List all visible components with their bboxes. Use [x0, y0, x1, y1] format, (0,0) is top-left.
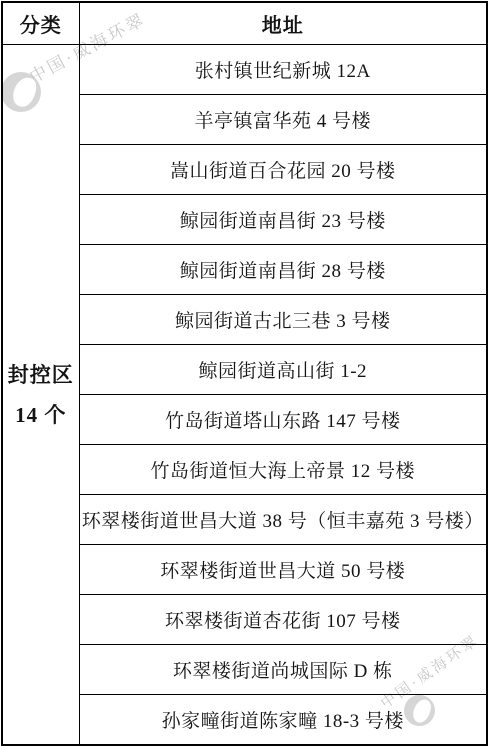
address-cell: 嵩山街道百合花园 20 号楼	[79, 145, 487, 195]
address-cell: 鲸园街道高山街 1-2	[79, 345, 487, 395]
address-cell: 竹岛街道塔山东路 147 号楼	[79, 395, 487, 445]
category-label: 封控区	[3, 355, 79, 395]
address-cell: 鲸园街道古北三巷 3 号楼	[79, 295, 487, 345]
address-cell: 竹岛街道恒大海上帝景 12 号楼	[79, 445, 487, 495]
table-row: 封控区 14 个 张村镇世纪新城 12A	[2, 45, 487, 95]
address-cell: 鲸园街道南昌街 23 号楼	[79, 195, 487, 245]
category-cell: 封控区 14 个	[2, 45, 79, 746]
header-address: 地址	[79, 2, 487, 45]
address-cell: 孙家疃街道陈家疃 18-3 号楼	[79, 695, 487, 746]
category-count: 14 个	[3, 395, 79, 435]
page: { "table": { "headers": ["分类", "地址"], "c…	[0, 0, 490, 746]
lockdown-address-table: 分类 地址 封控区 14 个 张村镇世纪新城 12A 羊亭镇富华苑 4 号楼 嵩…	[1, 1, 488, 746]
header-row: 分类 地址	[2, 2, 487, 45]
address-cell: 环翠楼街道杏花街 107 号楼	[79, 595, 487, 645]
address-cell: 鲸园街道南昌街 28 号楼	[79, 245, 487, 295]
header-category: 分类	[2, 2, 79, 45]
address-cell: 羊亭镇富华苑 4 号楼	[79, 95, 487, 145]
address-cell: 环翠楼街道尚城国际 D 栋	[79, 645, 487, 695]
address-cell: 张村镇世纪新城 12A	[79, 45, 487, 95]
address-cell: 环翠楼街道世昌大道 38 号（恒丰嘉苑 3 号楼）	[79, 495, 487, 545]
address-cell: 环翠楼街道世昌大道 50 号楼	[79, 545, 487, 595]
